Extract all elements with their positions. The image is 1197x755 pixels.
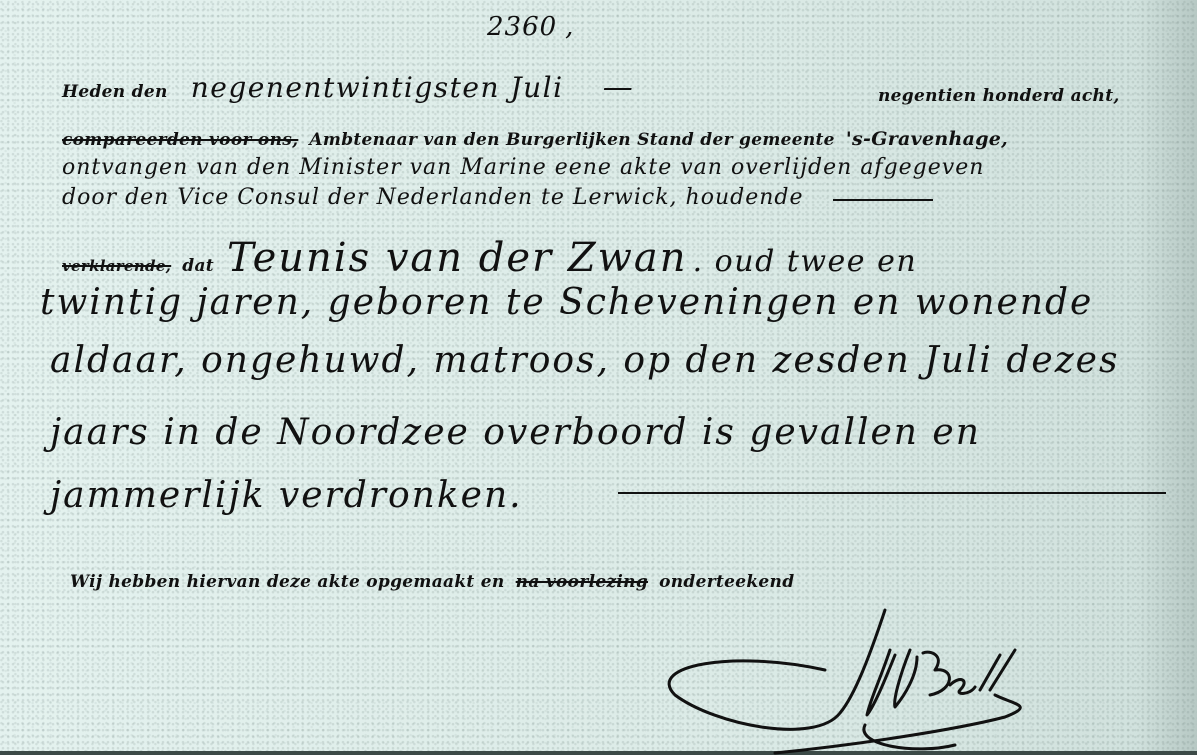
record-number-value: 2360 xyxy=(487,12,557,42)
scan-edge-shadow xyxy=(1137,0,1197,755)
handwritten-line-9: jammerlijk verdronken. xyxy=(50,475,523,516)
handwritten-line-6: twintig jaren, geboren te Scheveningen e… xyxy=(40,282,1093,323)
closing-line: Wij hebben hiervan deze akte opgemaakt e… xyxy=(70,572,794,592)
struck-compareerden: compareerden voor ons, xyxy=(62,130,298,150)
printed-onderteekend: onderteekend xyxy=(659,572,794,592)
handwritten-line-7: aldaar, ongehuwd, matroos, op den zesden… xyxy=(50,340,1119,381)
handwritten-line-3: ontvangen van den Minister van Marine ee… xyxy=(62,155,984,180)
handwritten-line-4: door den Vice Consul der Nederlanden te … xyxy=(62,185,804,210)
printed-dat: dat xyxy=(182,256,214,276)
printed-ambtenaar: Ambtenaar van den Burgerlijken Stand der… xyxy=(309,130,834,150)
struck-na-voorlezing: na voorlezing xyxy=(516,572,648,592)
printed-municipality: 's-Gravenhage, xyxy=(846,128,1008,150)
printed-closing: Wij hebben hiervan deze akte opgemaakt e… xyxy=(70,572,505,592)
handwritten-date: negenentwintigsten Juli xyxy=(191,71,564,104)
line-2: compareerden voor ons, Ambtenaar van den… xyxy=(62,128,1008,150)
line-4: door den Vice Consul der Nederlanden te … xyxy=(62,185,933,210)
handwritten-deceased-name: Teunis van der Zwan xyxy=(227,235,687,281)
record-number-punct: , xyxy=(565,12,574,42)
signature: J. H. Bell xyxy=(655,595,1040,755)
handwritten-line-8: jaars in de Noordzee overboord is gevall… xyxy=(50,412,981,453)
line-9: jammerlijk verdronken. xyxy=(50,475,523,516)
handwritten-dash: — xyxy=(603,70,635,105)
signature-icon xyxy=(655,595,1040,755)
record-number: 2360, xyxy=(487,12,574,42)
printed-heden-den: Heden den xyxy=(62,82,168,102)
printed-year: negentien honderd acht, xyxy=(878,86,1120,106)
handwritten-age-start: . oud twee en xyxy=(693,244,918,279)
line-1: Heden den negenentwintigsten Juli — xyxy=(62,70,634,105)
fill-rule-line-9 xyxy=(618,492,1166,494)
struck-verklarende: verklarende, xyxy=(62,257,171,275)
line-5: verklarende, dat Teunis van der Zwan . o… xyxy=(62,235,917,281)
fill-rule xyxy=(833,199,933,201)
